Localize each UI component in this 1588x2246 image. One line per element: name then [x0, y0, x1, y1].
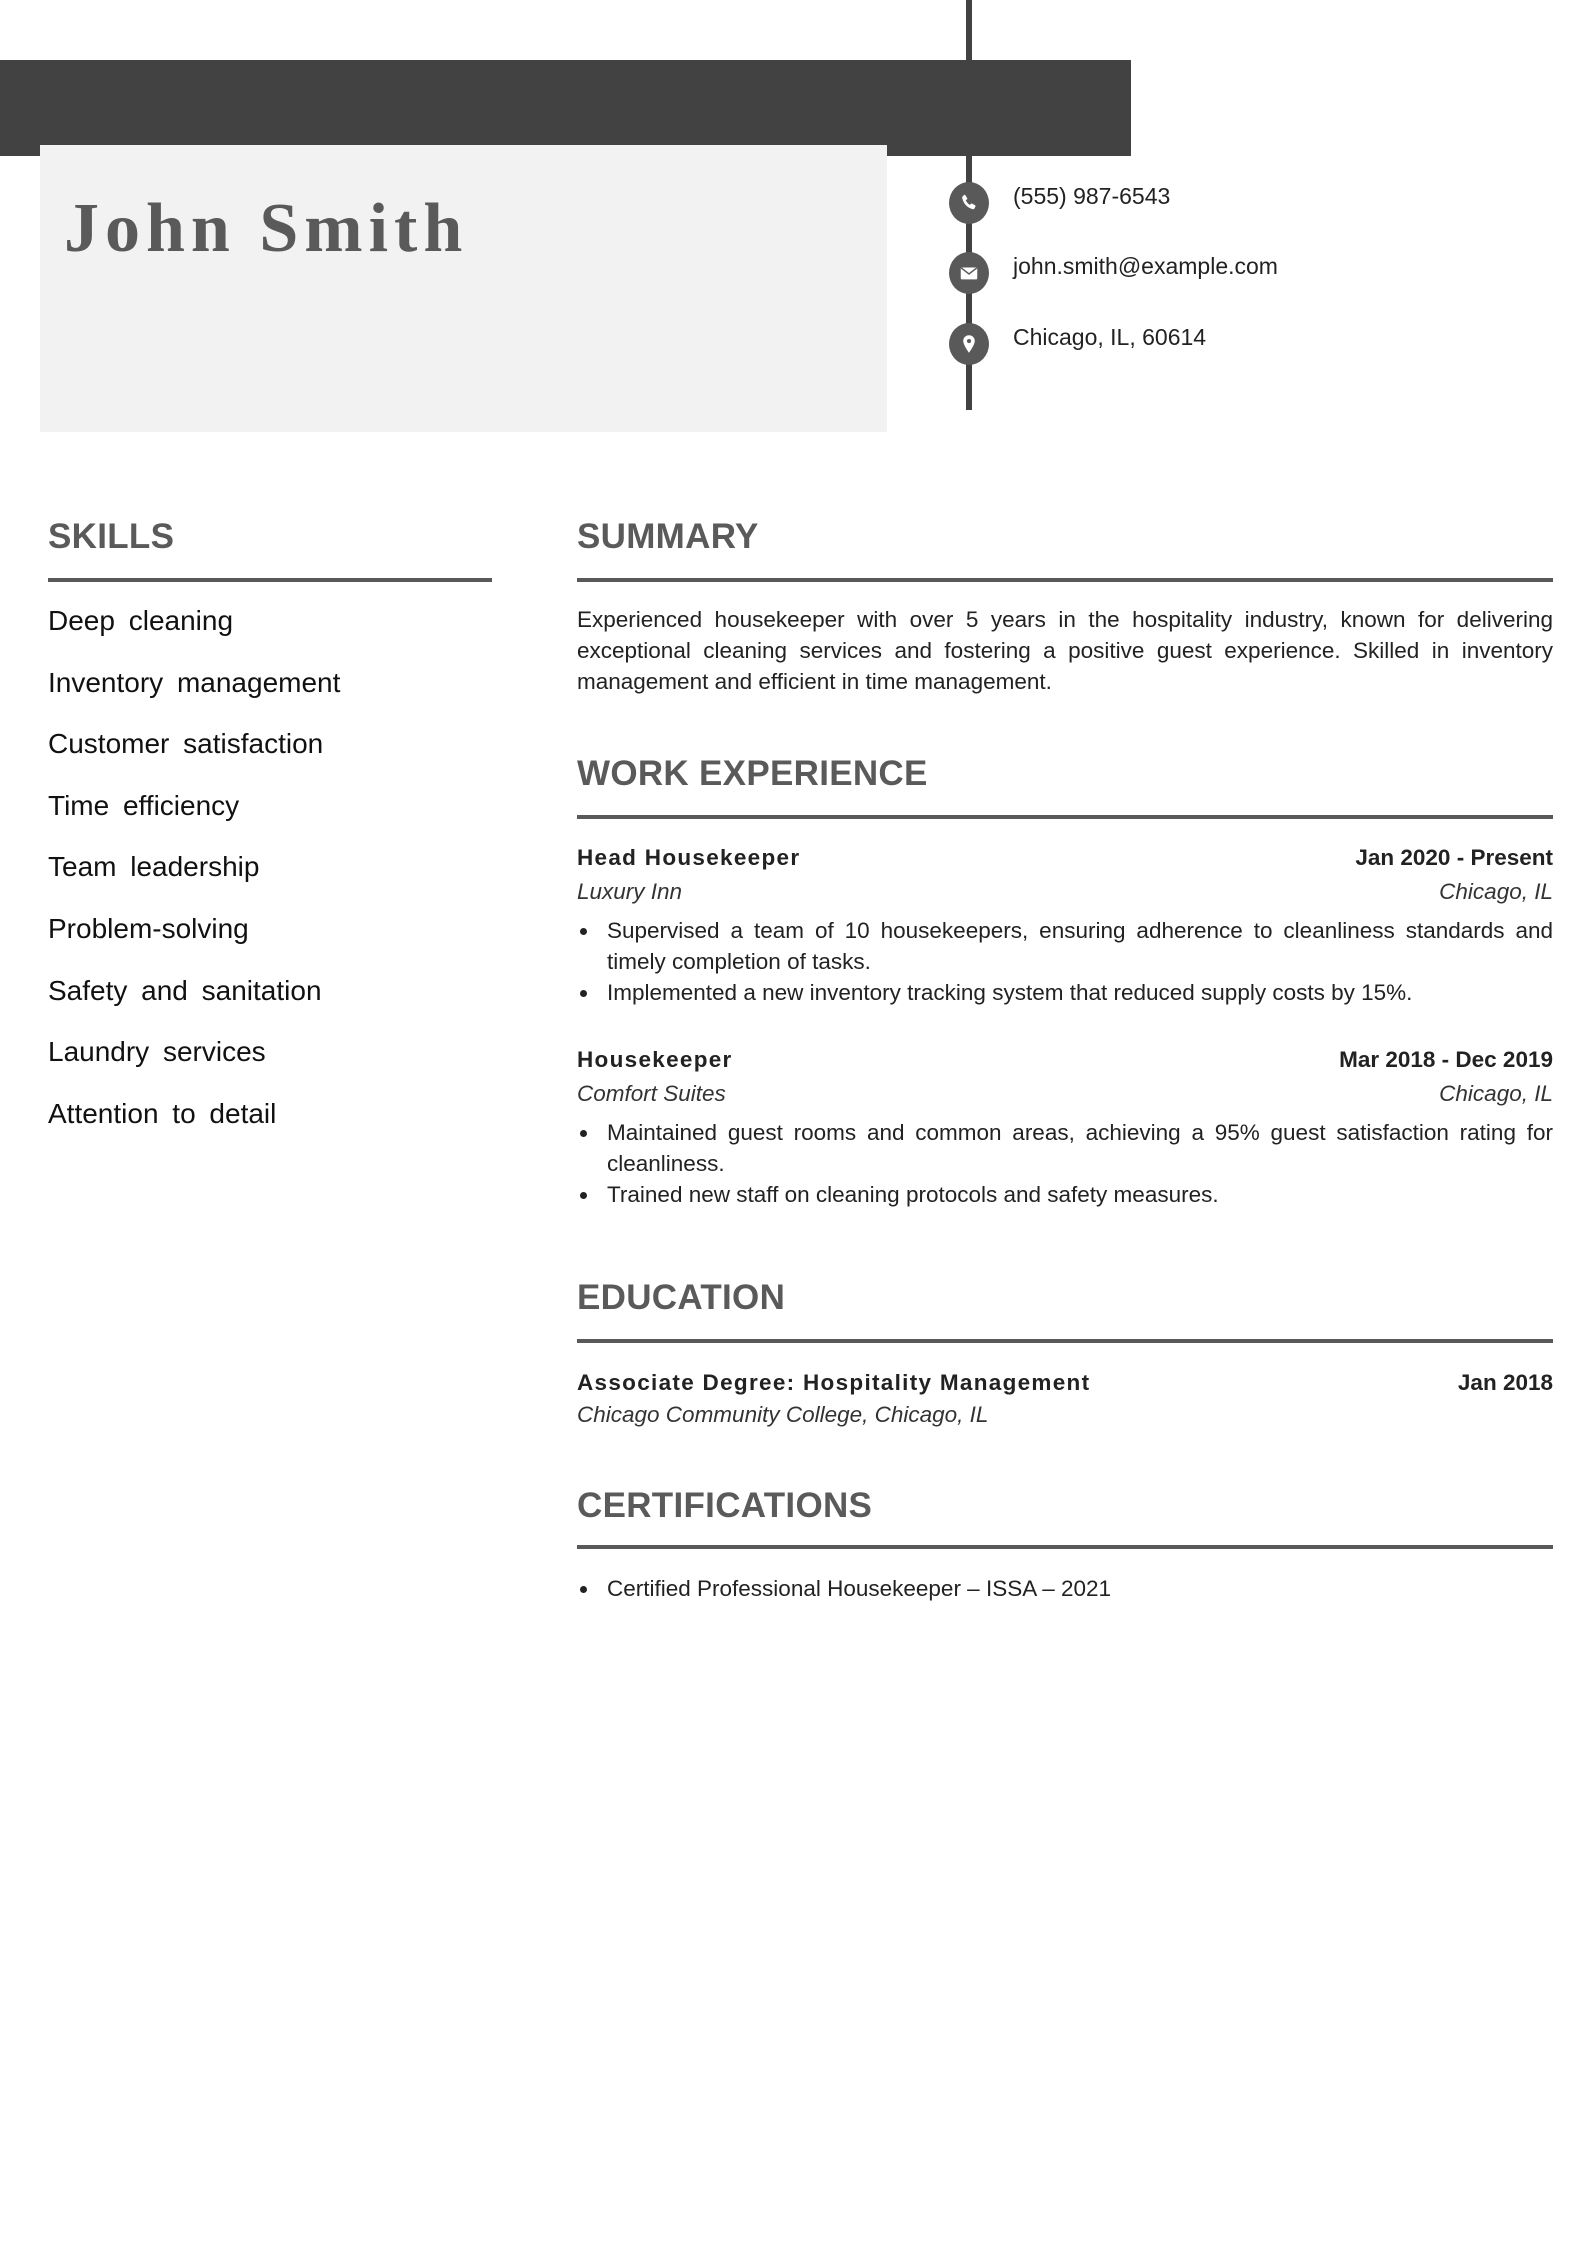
education-degree: Associate Degree: Hospitality Management — [577, 1372, 1090, 1395]
summary-text: Experienced housekeeper with over 5 year… — [577, 604, 1553, 697]
job-location: Chicago, IL — [1439, 881, 1553, 904]
certifications-list: Certified Professional Housekeeper – ISS… — [577, 1573, 1553, 1604]
skill-item: Inventory management — [48, 669, 340, 697]
education-entry: Associate Degree: Hospitality Management… — [577, 1372, 1553, 1426]
certification-item: Certified Professional Housekeeper – ISS… — [577, 1573, 1553, 1604]
skill-item: Safety and sanitation — [48, 977, 322, 1005]
job-company: Comfort Suites — [577, 1083, 726, 1106]
job-bullet: Implemented a new inventory tracking sys… — [577, 977, 1553, 1008]
job-bullet: Maintained guest rooms and common areas,… — [577, 1117, 1553, 1179]
summary-heading: SUMMARY — [577, 519, 759, 554]
job-bullets: Supervised a team of 10 housekeepers, en… — [577, 915, 1553, 1008]
job-title: Head Housekeeper — [577, 847, 800, 870]
education-school: Chicago Community College, Chicago, IL — [577, 1404, 988, 1427]
experience-rule — [577, 815, 1553, 819]
skills-heading: SKILLS — [48, 519, 174, 554]
phone-icon — [949, 182, 989, 224]
skill-item: Attention to detail — [48, 1100, 276, 1128]
summary-rule — [577, 578, 1553, 582]
job-bullet: Supervised a team of 10 housekeepers, en… — [577, 915, 1553, 977]
job-bullets: Maintained guest rooms and common areas,… — [577, 1117, 1553, 1210]
contact-phone: (555) 987-6543 — [1013, 185, 1170, 208]
education-rule — [577, 1339, 1553, 1343]
contact-email: john.smith@example.com — [1013, 255, 1278, 278]
job-entry: Housekeeper Mar 2018 - Dec 2019 Comfort … — [577, 1049, 1553, 1210]
skill-item: Problem-solving — [48, 915, 249, 943]
certifications-heading: CERTIFICATIONS — [577, 1488, 872, 1523]
job-company: Luxury Inn — [577, 881, 682, 904]
job-title: Housekeeper — [577, 1049, 733, 1072]
job-entry: Head Housekeeper Jan 2020 - Present Luxu… — [577, 847, 1553, 1008]
skill-item: Customer satisfaction — [48, 730, 323, 758]
envelope-icon — [949, 252, 989, 294]
job-dates: Mar 2018 - Dec 2019 — [1339, 1049, 1553, 1072]
job-dates: Jan 2020 - Present — [1355, 847, 1553, 870]
skill-item: Team leadership — [48, 853, 259, 881]
skill-item: Deep cleaning — [48, 607, 233, 635]
education-date: Jan 2018 — [1458, 1372, 1553, 1395]
map-pin-icon — [949, 323, 989, 365]
job-bullet: Trained new staff on cleaning protocols … — [577, 1179, 1553, 1210]
skill-item: Time efficiency — [48, 792, 239, 820]
education-heading: EDUCATION — [577, 1280, 785, 1315]
skill-item: Laundry services — [48, 1038, 266, 1066]
skills-rule — [48, 578, 492, 582]
experience-heading: WORK EXPERIENCE — [577, 756, 928, 791]
job-location: Chicago, IL — [1439, 1083, 1553, 1106]
certifications-rule — [577, 1545, 1553, 1549]
header-bar — [0, 60, 1131, 156]
candidate-name: John Smith — [64, 194, 468, 264]
contact-location: Chicago, IL, 60614 — [1013, 326, 1206, 349]
name-box — [40, 145, 887, 432]
